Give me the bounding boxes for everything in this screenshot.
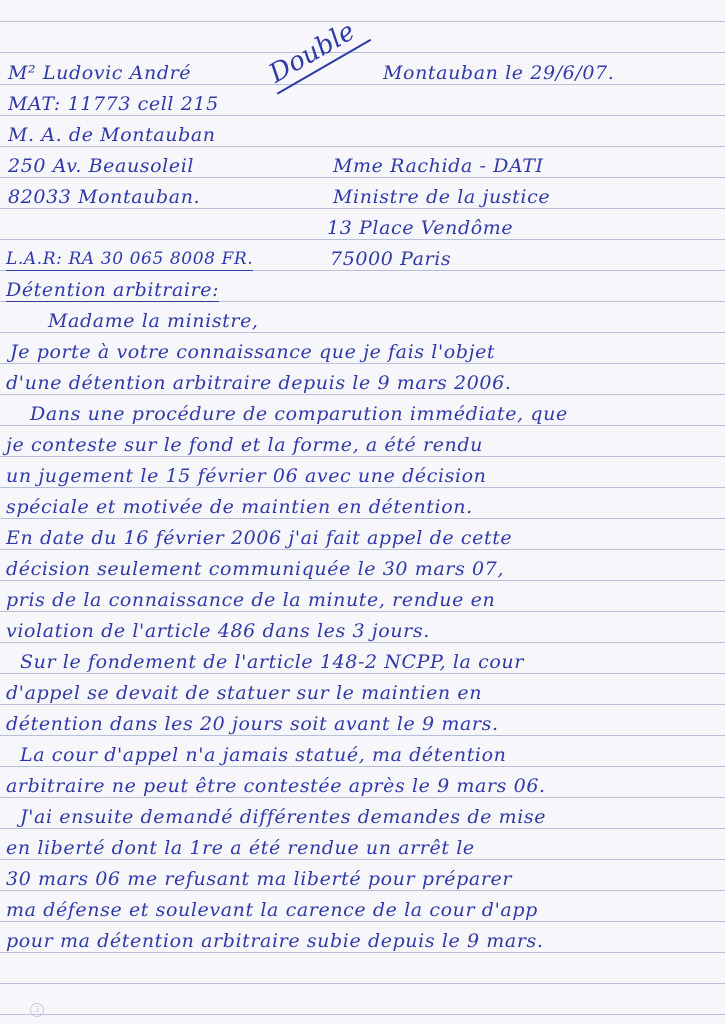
place-date: Montauban le 29/6/07.: [383, 62, 614, 84]
body-line: 30 mars 06 me refusant ma liberté pour p…: [6, 868, 512, 890]
body-line: En date du 16 février 2006 j'ai fait app…: [6, 527, 512, 549]
sender-name: M² Ludovic André: [8, 62, 191, 84]
body-line: violation de l'article 486 dans les 3 jo…: [6, 620, 430, 642]
subject-line: Détention arbitraire:: [6, 279, 219, 302]
body-line: pour ma détention arbitraire subie depui…: [6, 930, 544, 952]
body-line: je conteste sur le fond et la forme, a é…: [6, 434, 483, 456]
body-line: arbitraire ne peut être contestée après …: [6, 775, 546, 797]
body-line: Je porte à votre connaissance que je fai…: [10, 341, 495, 363]
sender-city: 82033 Montauban.: [8, 186, 200, 208]
body-line: en liberté dont la 1re a été rendue un a…: [6, 837, 475, 859]
body-line: détention dans les 20 jours soit avant l…: [6, 713, 499, 735]
body-line: un jugement le 15 février 06 avec une dé…: [6, 465, 487, 487]
body-line: La cour d'appel n'a jamais statué, ma dé…: [20, 744, 506, 766]
body-line: ma défense et soulevant la carence de la…: [6, 899, 538, 921]
sender-street: 250 Av. Beausoleil: [8, 155, 194, 177]
recipient-name: Mme Rachida - DATI: [333, 155, 544, 177]
body-line: pris de la connaissance de la minute, re…: [6, 589, 495, 611]
page-number-circle: 3: [30, 1003, 44, 1017]
sender-id: MAT: 11773 cell 215: [8, 93, 219, 115]
body-line: J'ai ensuite demandé différentes demande…: [20, 806, 546, 828]
body-line: décision seulement communiquée le 30 mar…: [6, 558, 504, 580]
body-line: d'appel se devait de statuer sur le main…: [6, 682, 482, 704]
body-line: spéciale et motivée de maintien en déten…: [6, 496, 473, 518]
sender-institution: M. A. de Montauban: [8, 124, 216, 146]
body-line: d'une détention arbitraire depuis le 9 m…: [6, 372, 511, 394]
body-line: Dans une procédure de comparution immédi…: [30, 403, 568, 425]
recipient-title: Ministre de la justice: [333, 186, 550, 208]
body-line: Sur le fondement de l'article 148-2 NCPP…: [20, 651, 524, 673]
recipient-street: 13 Place Vendôme: [327, 217, 513, 239]
reference-number: L.A.R: RA 30 065 8008 FR.: [6, 248, 253, 271]
recipient-city: 75000 Paris: [330, 248, 451, 270]
salutation: Madame la ministre,: [48, 310, 259, 332]
